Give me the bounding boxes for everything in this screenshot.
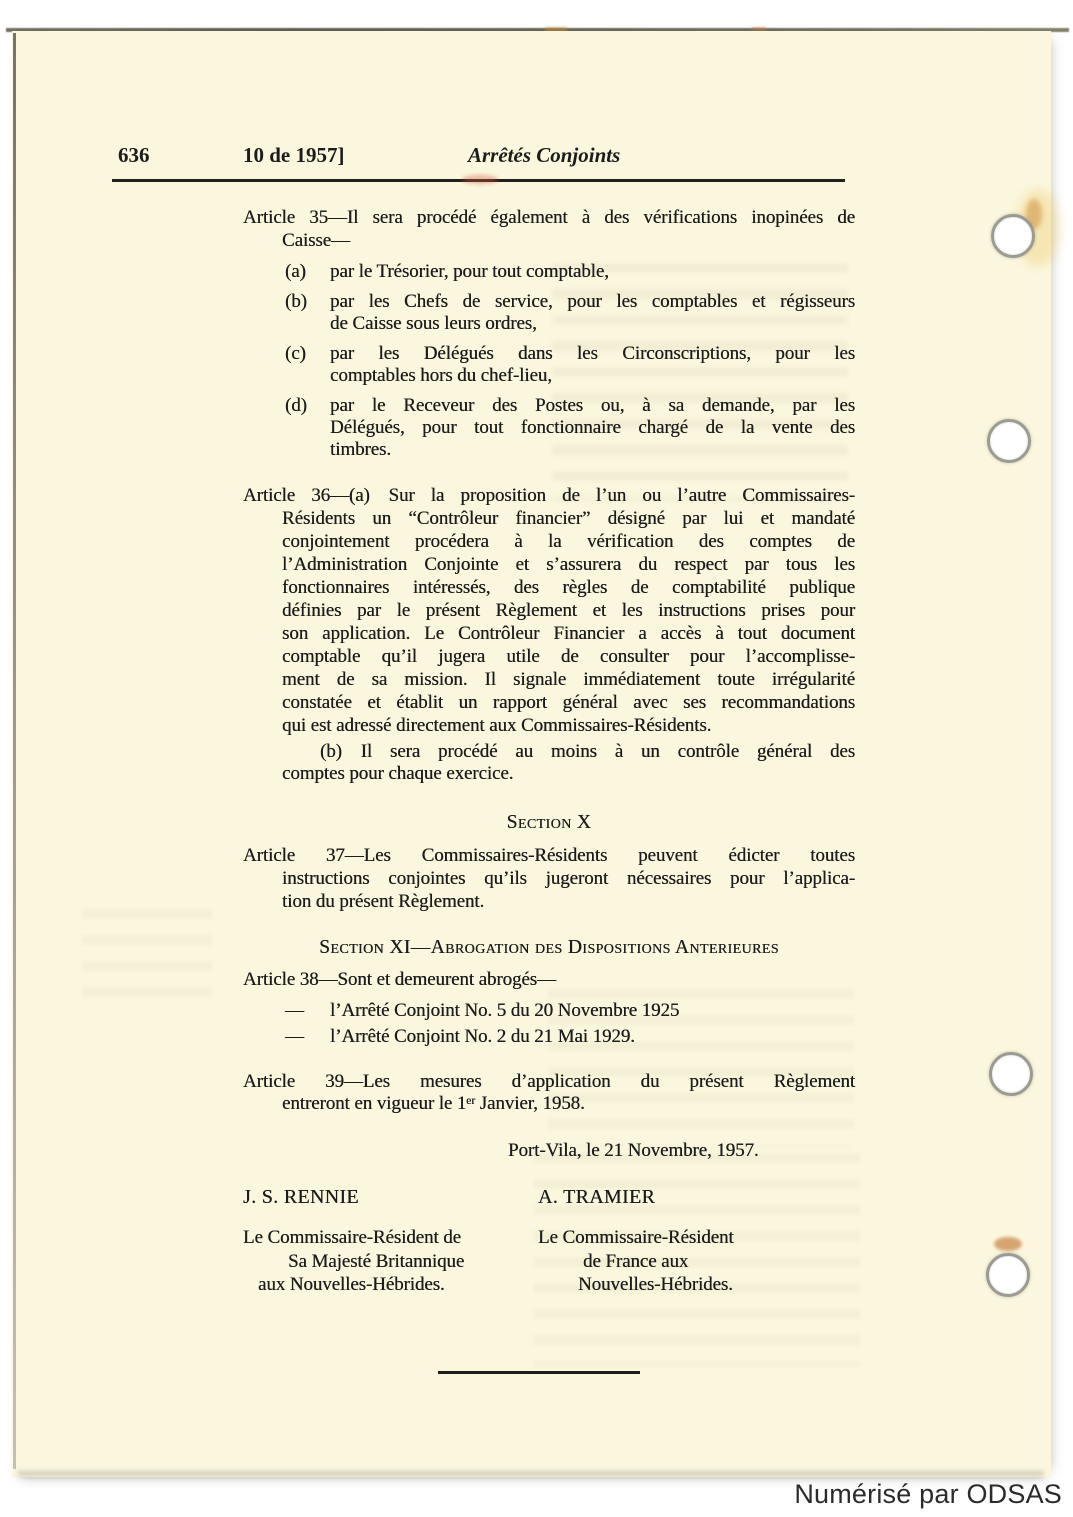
text-line: comptables hors du chef-lieu,	[330, 365, 855, 387]
scanned-document-canvas: 636 10 de 1957] Arrêtés Conjoints Articl…	[0, 0, 1073, 1517]
text-line: comptes pour chaque exercice.	[282, 763, 855, 785]
text-line: aux Nouvelles-Hébrides.	[243, 1273, 553, 1297]
list-item: (d) par le Receveur des Postes ou, à sa …	[243, 395, 855, 461]
page-number: 636	[118, 143, 150, 168]
article-39-paragraph: Article 39—Les mesures d’application du …	[243, 1071, 855, 1115]
closing-divider	[438, 1371, 640, 1374]
text-line: de Caisse sous leurs ordres,	[330, 313, 855, 335]
list-item: (c) par les Délégués dans les Circonscri…	[243, 343, 855, 387]
page-bottom-edge	[18, 1471, 1044, 1476]
text-line: Sa Majesté Britannique	[243, 1250, 553, 1274]
list-item: (a) par le Trésorier, pour tout comptabl…	[243, 261, 855, 283]
text-line: ment de sa mission. Il signale immédiate…	[243, 668, 855, 691]
text-line: par le Receveur des Postes ou, à sa dema…	[330, 395, 855, 417]
text-line: Article 35—Il sera procédé également à d…	[243, 206, 855, 229]
cash-verification-list: (a) par le Trésorier, pour tout comptabl…	[243, 261, 855, 469]
journal-title: Arrêtés Conjoints	[468, 143, 620, 168]
item-label: (b)	[285, 291, 307, 313]
page-left-edge	[13, 33, 16, 1469]
issue-reference: 10 de 1957]	[243, 143, 345, 168]
item-label: (c)	[285, 343, 306, 365]
rust-stain	[994, 1237, 1022, 1251]
text-line: instructions conjointes qu’ils jugeront …	[243, 867, 855, 890]
dash-marker: —	[285, 1024, 304, 1050]
text-line: qui est adressé directement aux Commissa…	[243, 714, 855, 737]
signature-name-french: A. TRAMIER	[538, 1186, 655, 1209]
bleedthrough-ghost	[82, 909, 212, 1001]
punch-hole-4	[986, 1253, 1030, 1297]
text-line: constatée et établit un rapport général …	[243, 691, 855, 714]
article-36b-paragraph: (b) Il sera procédé au moins à un contrô…	[243, 741, 855, 785]
document-page: 636 10 de 1957] Arrêtés Conjoints Articl…	[12, 31, 1051, 1477]
item-text: par le Receveur des Postes ou, à sa dema…	[330, 395, 855, 461]
text-line: son application. Le Contrôleur Financier…	[243, 622, 855, 645]
text-line: par les Chefs de service, pour les compt…	[330, 291, 855, 313]
text-line: comptable qu’il jugera utile de consulte…	[243, 645, 855, 668]
text-line: de France aux	[538, 1250, 848, 1274]
text-line: définies par le présent Règlement et les…	[243, 599, 855, 622]
text-line: fonctionnaires intéressés, des règles de…	[243, 576, 855, 599]
text-line: tion du présent Règlement.	[243, 890, 855, 913]
article-37-paragraph: Article 37—Les Commissaires-Résidents pe…	[243, 844, 855, 913]
text-line: timbres.	[330, 439, 855, 461]
article-35-paragraph: Article 35—Il sera procédé également à d…	[243, 206, 855, 252]
text-line: Nouvelles-Hébrides.	[538, 1273, 848, 1297]
item-label: (d)	[285, 395, 307, 417]
item-label: (a)	[285, 261, 306, 283]
list-item: — l’Arrêté Conjoint No. 2 du 21 Mai 1929…	[243, 1024, 855, 1050]
punch-hole-3	[989, 1052, 1033, 1096]
item-text: l’Arrêté Conjoint No. 5 du 20 Novembre 1…	[330, 1000, 679, 1021]
text-line: Le Commissaire-Résident de	[243, 1226, 553, 1250]
text-line: Article 36—(a) Sur la proposition de l’u…	[243, 484, 855, 507]
abrogated-orders-list: — l’Arrêté Conjoint No. 5 du 20 Novembre…	[243, 998, 855, 1050]
text-line: entreront en vigueur le 1ᵉʳ Janvier, 195…	[243, 1093, 855, 1115]
scan-credit: Numérisé par ODSAS	[0, 1479, 1062, 1510]
item-text: l’Arrêté Conjoint No. 2 du 21 Mai 1929.	[330, 1026, 635, 1047]
article-38-intro: Article 38—Sont et demeurent abrogés—	[243, 968, 855, 991]
signature-name-british: J. S. RENNIE	[243, 1186, 359, 1209]
section-xi-heading: Section XI—Abrogation des Dispositions A…	[243, 936, 855, 959]
signature-role-british: Le Commissaire-Résident deSa Majesté Bri…	[243, 1226, 553, 1297]
text-line: Délégués, pour tout fonctionnaire chargé…	[330, 417, 855, 439]
punch-hole-1	[991, 214, 1035, 258]
section-x-heading: Section X	[243, 811, 855, 834]
ink-smudge	[462, 175, 498, 184]
text-line: Article 37—Les Commissaires-Résidents pe…	[243, 844, 855, 867]
text-line: Caisse—	[243, 229, 855, 252]
list-item: — l’Arrêté Conjoint No. 5 du 20 Novembre…	[243, 998, 855, 1024]
text-line: conjointement procédera à la vérificatio…	[243, 530, 855, 553]
text-line: Le Commissaire-Résident	[538, 1226, 848, 1250]
dash-marker: —	[285, 998, 304, 1024]
item-text: par les Délégués dans les Circonscriptio…	[330, 343, 855, 387]
list-item: (b) par les Chefs de service, pour les c…	[243, 291, 855, 335]
dateline: Port-Vila, le 21 Novembre, 1957.	[508, 1139, 1073, 1162]
text-line: Résidents un “Contrôleur financier” dési…	[243, 507, 855, 530]
text-line: Article 39—Les mesures d’application du …	[243, 1071, 855, 1093]
item-text: par les Chefs de service, pour les compt…	[330, 291, 855, 335]
signature-role-french: Le Commissaire-Résidentde France auxNouv…	[538, 1226, 848, 1297]
article-36a-paragraph: Article 36—(a) Sur la proposition de l’u…	[243, 484, 855, 737]
item-text: par le Trésorier, pour tout comptable,	[330, 261, 855, 283]
text-line: (b) Il sera procédé au moins à un contrô…	[282, 741, 855, 763]
text-line: par les Délégués dans les Circonscriptio…	[330, 343, 855, 365]
running-header: 636 10 de 1957] Arrêtés Conjoints	[112, 143, 845, 169]
text-line: par le Trésorier, pour tout comptable,	[330, 261, 855, 283]
text-line: l’Administration Conjointe et s’assurera…	[243, 553, 855, 576]
punch-hole-2	[987, 419, 1031, 463]
